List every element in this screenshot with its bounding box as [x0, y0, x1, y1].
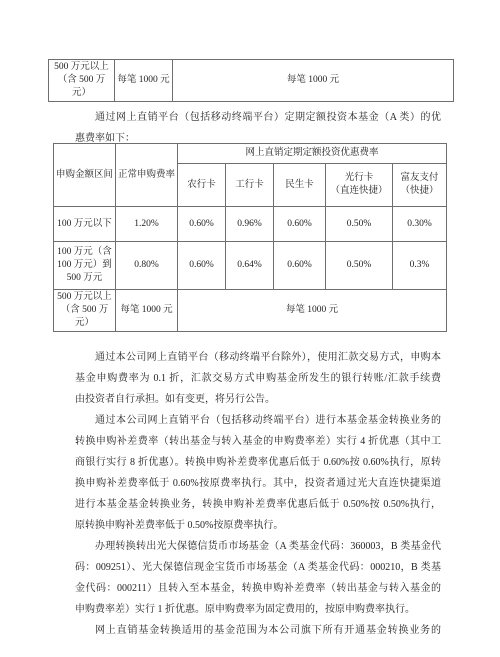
- document-page: 500 万元以上 （含 500 万 元） 每笔 1000 元 每笔 1000 元…: [0, 0, 500, 657]
- bank-header-minsheng: 民生卡: [274, 164, 326, 207]
- body-text: 通过本公司网上直销平台（移动终端平台除外），使用汇款交易方式，申购本 基金申购费…: [75, 347, 441, 641]
- paragraph-line: 码：009251）、光大保德信现金宝货币市场基金（A 类基金代码：000210，…: [75, 557, 441, 578]
- normal-rate-cell: 每笔 1000 元: [116, 290, 178, 332]
- paragraph-line: 网上直销基金转换适用的基金范围为本公司旗下所有开通基金转换业务的: [75, 620, 441, 641]
- paragraph-line: 基金申购费率为 0.1 折，汇款交易方式申购基金所发生的银行转账/汇款手续费: [75, 368, 441, 389]
- paragraph-line: 申购费率差）实行 1 折优惠。原申购费率为固定费用的，按原申购费率执行。: [75, 599, 441, 620]
- paragraph-line: 原转换申购补差费率低于 0.50%按原费率执行。: [75, 515, 441, 536]
- paragraph-line: 通过本公司网上直销平台（包括移动终端平台）进行本基金基金转换业务的: [75, 410, 441, 431]
- rate-cell: 0.64%: [226, 242, 274, 290]
- paragraph-line: 进行本基金基金转换业务，转换申购补差费率优惠后低于 0.50%按 0.50%执行…: [75, 494, 441, 515]
- paragraph-line: 金代码：000211）且转入至本基金，转换申购补差费率（转出基金与转入基金的: [75, 578, 441, 599]
- amount-range-cell: 100 万元（含 100 万元）到 500 万元: [54, 242, 116, 290]
- rate-cell: 0.60%: [274, 242, 326, 290]
- rate-cell: 0.60%: [274, 207, 326, 242]
- bank-header-abc: 农行卡: [178, 164, 226, 207]
- paragraph-line: 由投资者自行承担。如有变更，将另行公告。: [75, 389, 441, 410]
- normal-fee-cell: 每笔 1000 元: [115, 60, 173, 102]
- normal-rate-header: 正常申购费率: [116, 144, 178, 207]
- rate-cell: 0.96%: [226, 207, 274, 242]
- discount-group-header: 网上直销定期定额投资优惠费率: [178, 144, 447, 164]
- paragraph-line: 商银行实行 8 折优惠）。转换申购补差费率优惠后低于 0.60%按 0.60%执…: [75, 452, 441, 473]
- prior-fee-table: 500 万元以上 （含 500 万 元） 每笔 1000 元 每笔 1000 元: [48, 59, 454, 102]
- amount-range-header: 申购金额区间: [54, 144, 116, 207]
- table-row: 100 万元（含 100 万元）到 500 万元 0.80% 0.60% 0.6…: [54, 242, 447, 290]
- paragraph-line: 办理转换转出光大保德信货币市场基金（A 类基金代码：360003，B 类基金代: [75, 536, 441, 557]
- rate-cell: 0.60%: [178, 207, 226, 242]
- table-header-row: 申购金额区间 正常申购费率 网上直销定期定额投资优惠费率: [54, 144, 447, 164]
- discount-fee-cell: 每笔 1000 元: [173, 60, 454, 102]
- rate-cell: 0.50%: [326, 207, 393, 242]
- table-row: 100 万元以下 1.20% 0.60% 0.96% 0.60% 0.50% 0…: [54, 207, 447, 242]
- rate-cell: 0.3%: [393, 242, 447, 290]
- paragraph-line: 通过本公司网上直销平台（移动终端平台除外），使用汇款交易方式，申购本: [75, 347, 441, 368]
- merged-rate-cell: 每笔 1000 元: [178, 290, 447, 332]
- paragraph-line: 换申购补差费率低于 0.60%按原费率执行。其中，投资者通过光大直连快捷渠道: [75, 473, 441, 494]
- bank-header-icbc: 工行卡: [226, 164, 274, 207]
- rate-cell: 0.60%: [178, 242, 226, 290]
- discount-fee-table: 申购金额区间 正常申购费率 网上直销定期定额投资优惠费率 农行卡 工行卡 民生卡…: [53, 143, 447, 332]
- bank-header-everbright: 光行卡 （直连快捷）: [326, 164, 393, 207]
- paragraph-line: 通过网上直销平台（包括移动终端平台）定期定额投资本基金（A 类）的优: [75, 107, 441, 128]
- paragraph-line: 转换申购补差费率（转出基金与转入基金的申购费率差）实行 4 折优惠（其中工: [75, 431, 441, 452]
- normal-rate-cell: 1.20%: [116, 207, 178, 242]
- rate-cell: 0.50%: [326, 242, 393, 290]
- amount-range-cell: 500 万元以上 （含 500 万 元）: [49, 60, 115, 102]
- table-row: 500 万元以上 （含 500 万 元） 每笔 1000 元 每笔 1000 元: [49, 60, 454, 102]
- normal-rate-cell: 0.80%: [116, 242, 178, 290]
- table-row: 500 万元以上 （含 500 万 元） 每笔 1000 元 每笔 1000 元: [54, 290, 447, 332]
- rate-cell: 0.30%: [393, 207, 447, 242]
- amount-range-cell: 500 万元以上 （含 500 万 元）: [54, 290, 116, 332]
- bank-header-fuyou: 富友支付 （快捷）: [393, 164, 447, 207]
- amount-range-cell: 100 万元以下: [54, 207, 116, 242]
